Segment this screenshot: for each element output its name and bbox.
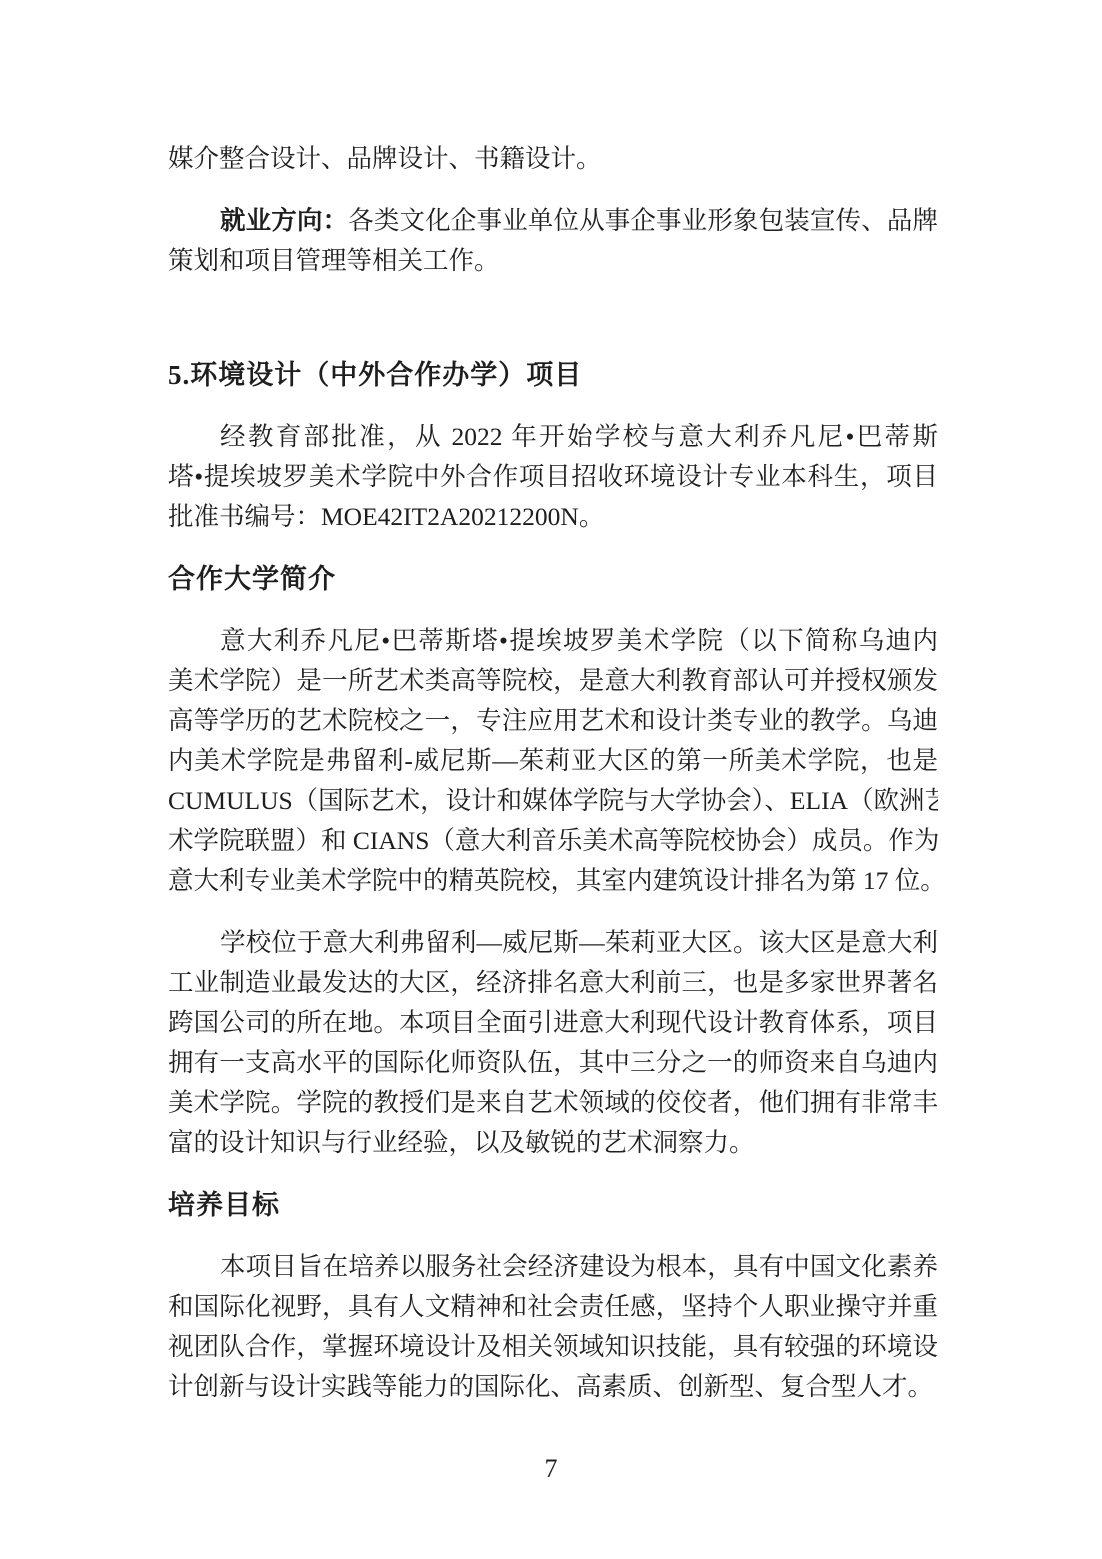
- text-line: 和国际化视野，具有人文精神和社会责任感，坚持个人职业操守并重: [168, 1287, 938, 1327]
- paragraph: 经教育部批准，从 2022 年开始学校与意大利乔凡尼•巴蒂斯塔•提埃坡罗美术学院…: [168, 417, 938, 537]
- paragraph: 本项目旨在培养以服务社会经济建设为根本，具有中国文化素养和国际化视野，具有人文精…: [168, 1247, 938, 1407]
- text-line: 学校位于意大利弗留利—威尼斯—茱莉亚大区。该大区是意大利: [168, 923, 938, 963]
- text-line: 批准书编号：MOE42IT2A20212200N。: [168, 497, 938, 537]
- text-line: 富的设计知识与行业经验，以及敏锐的艺术洞察力。: [168, 1123, 938, 1163]
- document-body: 媒介整合设计、品牌设计、书籍设计。就业方向：各类文化企事业单位从事企事业形象包装…: [168, 139, 938, 1407]
- text-line: 高等学历的艺术院校之一，专注应用艺术和设计类专业的教学。乌迪: [168, 701, 938, 741]
- text-line: 内美术学院是弗留利-威尼斯—茱莉亚大区的第一所美术学院，也是: [168, 741, 938, 781]
- heading: 5.环境设计（中外合作办学）项目: [168, 355, 938, 395]
- text-line: 计创新与设计实践等能力的国际化、高素质、创新型、复合型人才。: [168, 1367, 938, 1407]
- document-page: 媒介整合设计、品牌设计、书籍设计。就业方向：各类文化企事业单位从事企事业形象包装…: [0, 0, 1102, 1559]
- heading-text: 合作大学简介: [168, 559, 938, 599]
- paragraph: 学校位于意大利弗留利—威尼斯—茱莉亚大区。该大区是意大利工业制造业最发达的大区，…: [168, 923, 938, 1163]
- text-line: 塔•提埃坡罗美术学院中外合作项目招收环境设计专业本科生，项目: [168, 457, 938, 497]
- bold-run: 就业方向：: [220, 206, 348, 235]
- text-line: 美术学院）是一所艺术类高等院校，是意大利教育部认可并授权颁发: [168, 661, 938, 701]
- text-line: 工业制造业最发达的大区，经济排名意大利前三，也是多家世界著名: [168, 963, 938, 1003]
- paragraph: 就业方向：各类文化企事业单位从事企事业形象包装宣传、品牌策划和项目管理等相关工作…: [168, 201, 938, 281]
- text-line: 经教育部批准，从 2022 年开始学校与意大利乔凡尼•巴蒂斯: [168, 417, 938, 457]
- heading-text: 5.环境设计（中外合作办学）项目: [168, 355, 938, 395]
- text-line: 术学院联盟）和 CIANS（意大利音乐美术高等院校协会）成员。作为: [168, 821, 938, 861]
- paragraph: 媒介整合设计、品牌设计、书籍设计。: [168, 139, 938, 179]
- text-line: 意大利专业美术学院中的精英院校，其室内建筑设计排名为第 17 位。: [168, 861, 938, 901]
- text-line: 视团队合作，掌握环境设计及相关领域知识技能，具有较强的环境设: [168, 1327, 938, 1367]
- heading: 培养目标: [168, 1185, 938, 1225]
- text-line: 本项目旨在培养以服务社会经济建设为根本，具有中国文化素养: [168, 1247, 938, 1287]
- text-line: 意大利乔凡尼•巴蒂斯塔•提埃坡罗美术学院（以下简称乌迪内: [168, 621, 938, 661]
- text-line: 美术学院。学院的教授们是来自艺术领域的佼佼者，他们拥有非常丰: [168, 1083, 938, 1123]
- heading: 合作大学简介: [168, 559, 938, 599]
- paragraph: 意大利乔凡尼•巴蒂斯塔•提埃坡罗美术学院（以下简称乌迪内美术学院）是一所艺术类高…: [168, 621, 938, 901]
- text-line: CUMULUS（国际艺术，设计和媒体学院与大学协会）、ELIA（欧洲艺: [168, 781, 938, 821]
- text-line: 策划和项目管理等相关工作。: [168, 241, 938, 281]
- heading-text: 培养目标: [168, 1185, 938, 1225]
- text-line: 拥有一支高水平的国际化师资队伍，其中三分之一的师资来自乌迪内: [168, 1043, 938, 1083]
- text-line: 跨国公司的所在地。本项目全面引进意大利现代设计教育体系，项目: [168, 1003, 938, 1043]
- text-line: 媒介整合设计、品牌设计、书籍设计。: [168, 139, 938, 179]
- text-line: 就业方向：各类文化企事业单位从事企事业形象包装宣传、品牌: [168, 201, 938, 241]
- page-number: 7: [0, 1449, 1102, 1489]
